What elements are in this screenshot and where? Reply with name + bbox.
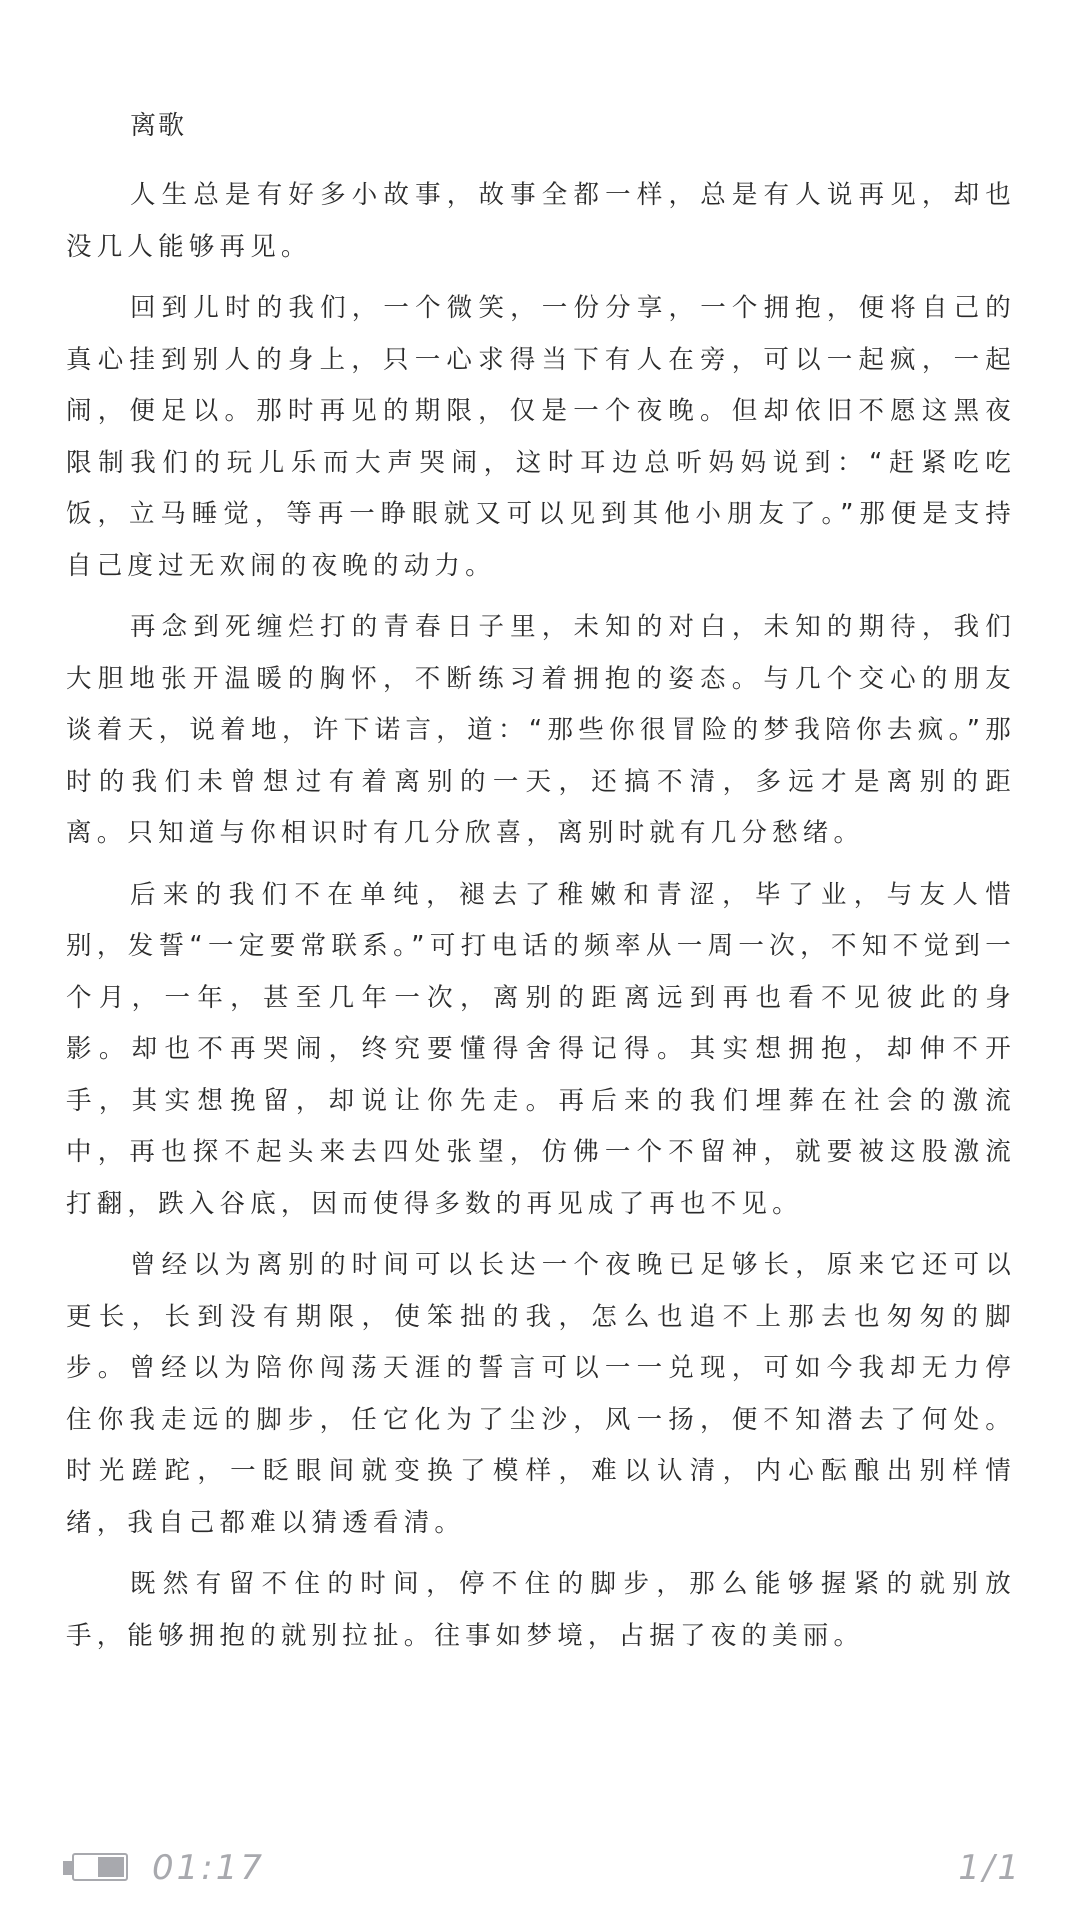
page-indicator: 1/1 [958, 1848, 1022, 1888]
paragraph: 既然有留不住的时间，停不住的脚步，那么能够握紧的就别放手，能够拥抱的就别拉扯。往… [66, 1559, 1016, 1662]
battery-half-icon [63, 1853, 133, 1883]
battery-fill [98, 1857, 124, 1877]
paragraph: 再念到死缠烂打的青春日子里，未知的对白，未知的期待，我们大胆地张开温暖的胸怀，不… [66, 602, 1016, 860]
paragraph: 回到儿时的我们，一个微笑，一份分享，一个拥抱，便将自己的真心挂到别人的身上，只一… [66, 283, 1016, 592]
paragraph: 人生总是有好多小故事，故事全都一样，总是有人说再见，却也没几人能够再见。 [66, 170, 1016, 273]
reader-page: 离歌 人生总是有好多小故事，故事全都一样，总是有人说再见，却也没几人能够再见。 … [66, 106, 1016, 1672]
reader-status-bar: 01:17 1/1 [0, 1838, 1080, 1888]
paragraph: 曾经以为离别的时间可以长达一个夜晚已足够长，原来它还可以更长，长到没有期限，使笨… [66, 1240, 1016, 1549]
clock-time: 01:17 [152, 1848, 265, 1888]
paragraph: 后来的我们不在单纯，褪去了稚嫩和青涩，毕了业，与友人惜别，发誓“一定要常联系。”… [66, 870, 1016, 1231]
battery-body [72, 1853, 128, 1881]
document-title: 离歌 [66, 106, 1016, 146]
battery-tip [63, 1861, 72, 1875]
